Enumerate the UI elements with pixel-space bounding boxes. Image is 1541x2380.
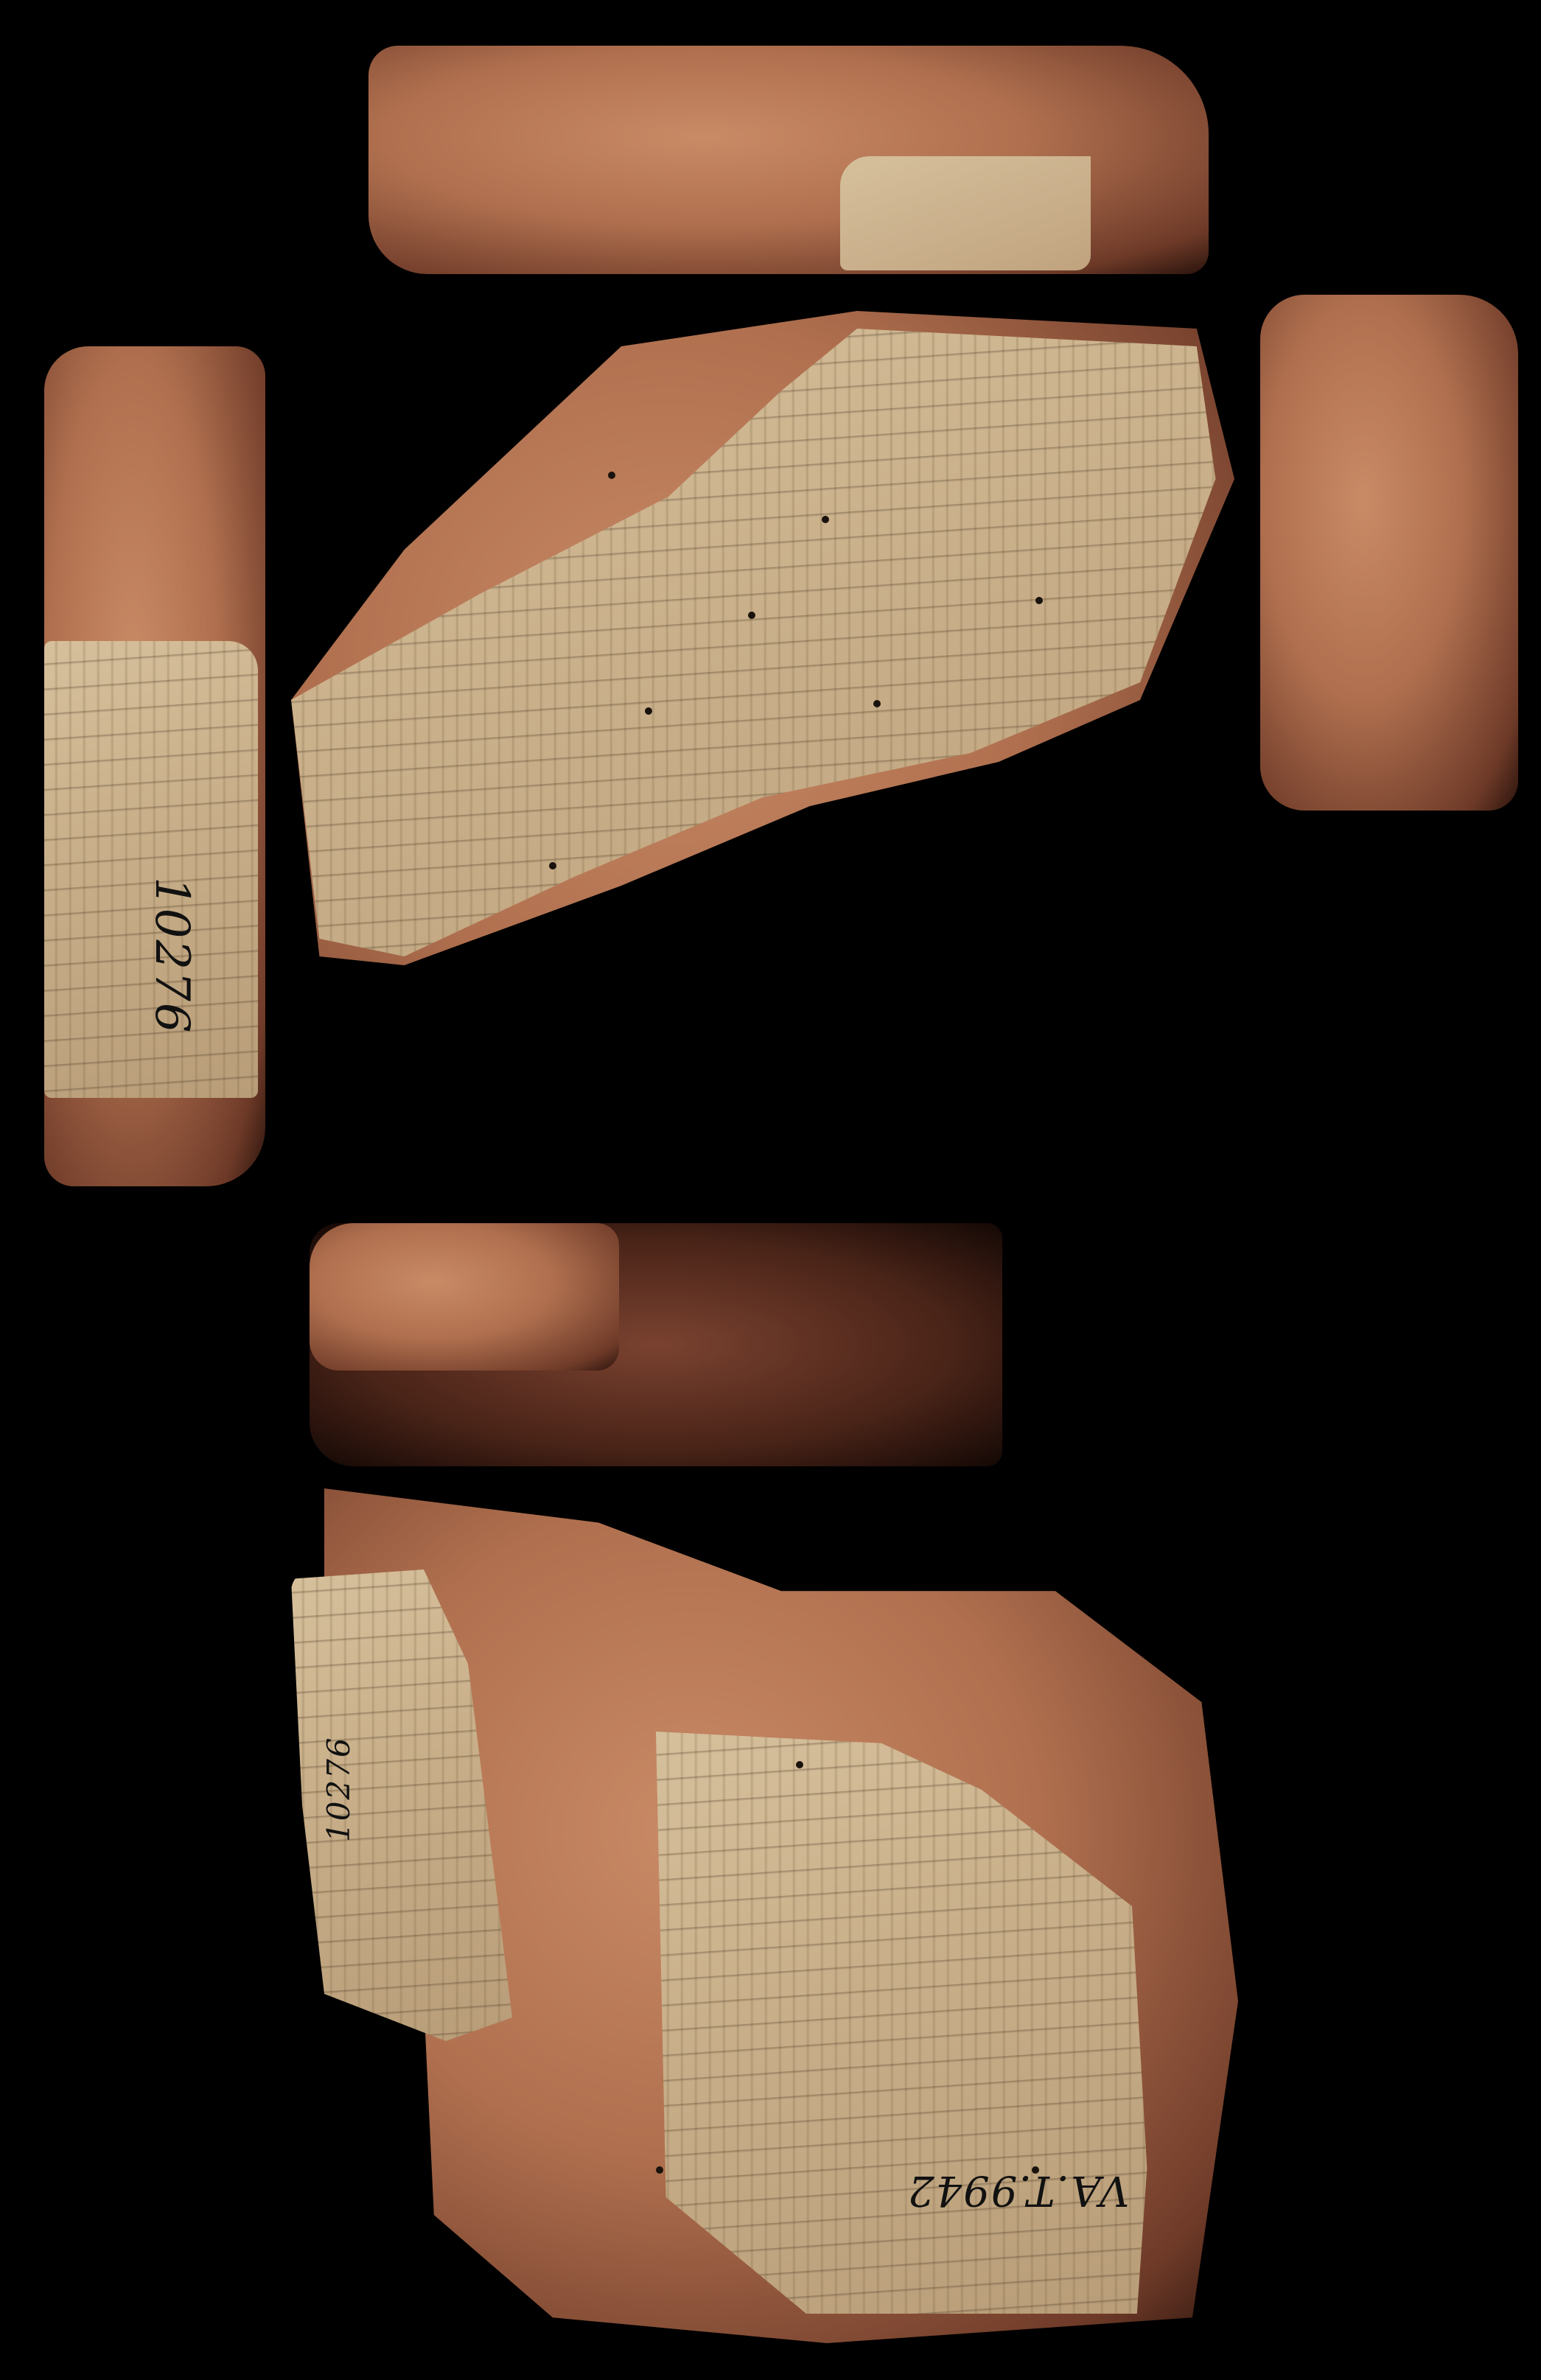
obverse-inscribed-surface bbox=[291, 302, 1234, 1186]
reverse-inscribed-surface bbox=[656, 1732, 1157, 2314]
ruling-hole bbox=[1035, 597, 1043, 604]
ruling-hole bbox=[796, 1761, 803, 1768]
ruling-hole bbox=[645, 707, 652, 715]
right-edge-view bbox=[1260, 295, 1518, 811]
ruling-hole bbox=[608, 472, 615, 479]
bottom-edge-lit-part bbox=[310, 1223, 619, 1371]
lower-edge-number-label: 10276 bbox=[321, 1736, 357, 1842]
top-edge-view bbox=[368, 46, 1209, 274]
side-number-label: 10276 bbox=[144, 877, 199, 1035]
top-edge-surface bbox=[840, 156, 1091, 270]
bottom-edge-view bbox=[310, 1223, 1002, 1466]
museum-number-label: VA.T.9942 bbox=[906, 2166, 1129, 2214]
ruling-hole bbox=[549, 862, 556, 869]
ruling-hole bbox=[656, 2166, 663, 2174]
obverse-fragment bbox=[291, 302, 1234, 1186]
ruling-hole bbox=[822, 516, 829, 523]
ruling-hole bbox=[748, 612, 755, 619]
ruling-hole bbox=[873, 700, 881, 707]
ruling-hole bbox=[741, 965, 748, 973]
left-edge-view: 10276 bbox=[44, 346, 265, 1186]
lower-edge-piece: 10276 bbox=[291, 1569, 527, 2056]
